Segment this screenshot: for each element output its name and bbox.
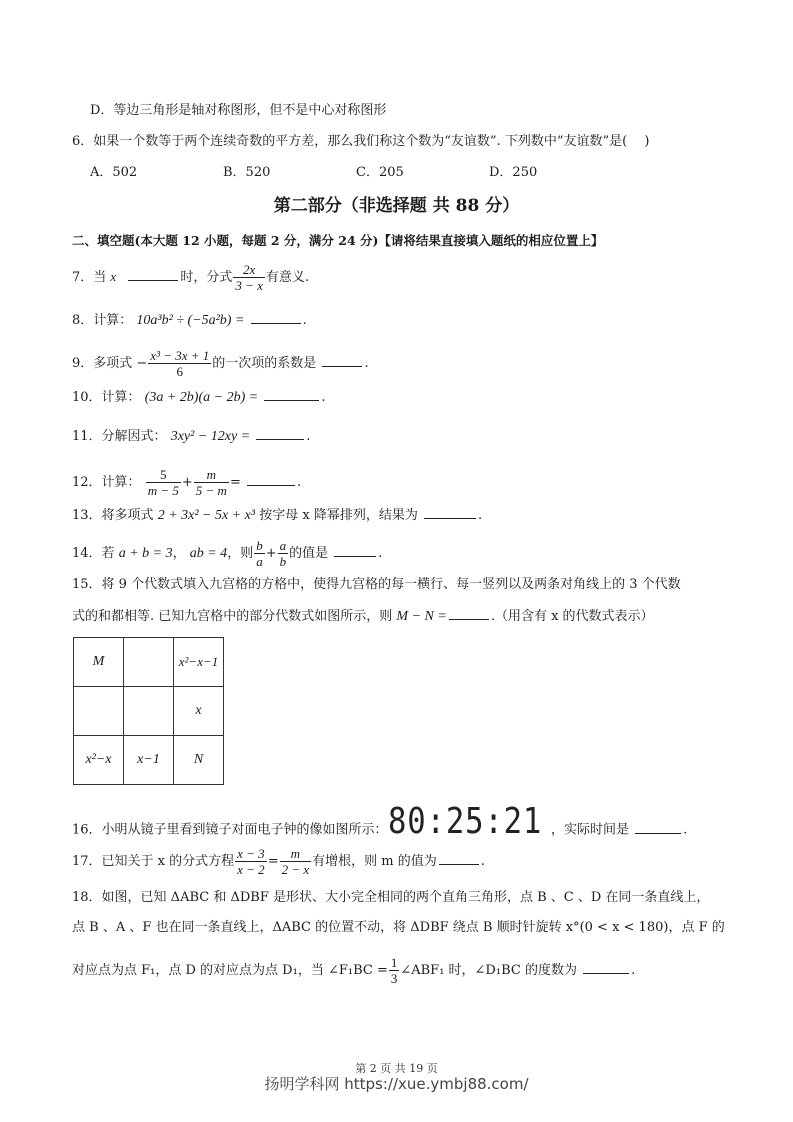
q7-fraction: 2x3 − x <box>233 262 265 293</box>
q6-options: A．502B．520C．205D．250 <box>90 165 622 181</box>
q7-var: x <box>110 269 116 284</box>
q10-suffix: . <box>321 390 325 405</box>
q8-suffix: . <box>303 313 307 328</box>
q11-expression: 3xy² − 12xy = <box>171 429 250 444</box>
q6-option-c: C．205 <box>356 165 489 181</box>
q11-suffix: . <box>306 429 310 444</box>
grid-cell-r2c1 <box>74 687 124 736</box>
q17-suffix: . <box>481 854 485 869</box>
grid-cell-r1c1: M <box>74 638 124 687</box>
q15-expression: M − N = <box>396 609 446 624</box>
q18-answer-blank[interactable] <box>583 961 629 974</box>
q13-expression: 2 + 3x² − 5x + x³ <box>158 508 255 523</box>
question-11: 11．分解因式： 3xy² − 12xy = . <box>72 427 310 445</box>
q5-option-d: D．等边三角形是轴对称图形，但不是中心对称图形 <box>90 103 386 119</box>
q16-prefix: 16．小明从镜子里看到镜子对面电子钟的像如图所示： <box>72 823 388 838</box>
question-15-line-2: 式的和都相等. 已知九宫格中的部分代数式如图所示，则 M − N =.（用含有 … <box>72 607 654 625</box>
grid-cell-r2c2 <box>124 687 174 736</box>
q16-suffix: . <box>683 823 687 838</box>
grid-cell-r3c3: N <box>174 736 224 785</box>
q7-mid: 时，分式 <box>180 270 232 285</box>
q14-fraction-1: ba <box>254 538 265 569</box>
mirrored-digital-clock-image: 80:25:21 <box>388 804 542 840</box>
q9-answer-blank[interactable] <box>322 354 362 367</box>
q6-option-d: D．250 <box>489 165 622 181</box>
q12-fraction-2: m5 − m <box>194 467 229 498</box>
q17-answer-blank[interactable] <box>439 852 479 865</box>
q10-expression: (3a + 2b)(a − 2b) = <box>145 390 259 405</box>
q7-prefix: 7．当 <box>72 270 106 285</box>
q14-condition-2: ab = 4 <box>190 546 227 561</box>
q8-prefix: 8．计算： <box>72 313 132 328</box>
q15-suffix: .（用含有 x 的代数式表示） <box>491 609 654 624</box>
q9-mid: 的一次项的系数是 <box>212 356 316 371</box>
grid-cell-r3c1: x²−x <box>74 736 124 785</box>
question-9: 9．多项式 −x³ − 3x + 16的一次项的系数是 . <box>72 348 369 379</box>
grid-cell-r1c2 <box>124 638 174 687</box>
q14-answer-blank[interactable] <box>334 544 376 557</box>
q9-fraction: x³ − 3x + 16 <box>148 348 211 379</box>
question-12: 12．计算： 5m − 5+m5 − m= . <box>72 467 301 498</box>
q10-answer-blank[interactable] <box>264 388 319 401</box>
grid-cell-r1c3: x²−x−1 <box>174 638 224 687</box>
q7-answer-blank[interactable] <box>128 268 178 281</box>
q17-mid: 有增根，则 m 的值为 <box>312 854 437 869</box>
question-13: 13．将多项式 2 + 3x² − 5x + x³ 按字母 x 降幂排列，结果为… <box>72 506 482 524</box>
question-18-line-1: 18．如图，已知 ΔABC 和 ΔDBF 是形状、大小完全相同的两个直角三角形，… <box>72 890 709 906</box>
magic-square-grid: M x²−x−1 x x²−x x−1 N <box>73 637 224 785</box>
q14-mid: ，则 <box>227 546 253 561</box>
question-10: 10．计算： (3a + 2b)(a − 2b) = . <box>72 388 325 406</box>
q13-prefix: 13．将多项式 <box>72 508 154 523</box>
question-15-line-1: 15．将 9 个代数式填入九宫格的方格中，使得九宫格的每一横行、每一竖列以及两条… <box>72 577 681 593</box>
q17-fraction-1: x − 3x − 2 <box>235 846 267 877</box>
question-18-line-2: 点 B 、A 、F 也在同一条直线上，ΔABC 的位置不动，将 ΔDBF 绕点 … <box>72 920 725 936</box>
q12-suffix: . <box>297 475 301 490</box>
q12-prefix: 12．计算： <box>72 475 141 490</box>
q13-suffix: . <box>478 508 482 523</box>
q12-answer-blank[interactable] <box>247 473 295 486</box>
watermark-link[interactable]: 扬明学科网 https://xue.ymbj88.com/ <box>0 1073 793 1094</box>
q16-answer-blank[interactable] <box>635 821 681 834</box>
grid-cell-r3c2: x−1 <box>124 736 174 785</box>
q8-expression: 10a³b² ÷ (−5a²b) = <box>136 313 244 328</box>
q14-suffix: . <box>378 546 382 561</box>
q14-condition-1: a + b = 3 <box>119 546 173 561</box>
q9-prefix: 9．多项式 − <box>72 356 147 371</box>
q14-fraction-2: ab <box>278 538 289 569</box>
q6-option-b: B．520 <box>223 165 356 181</box>
question-17: 17．已知关于 x 的分式方程x − 3x − 2=m2 − x有增根，则 m … <box>72 846 485 877</box>
grid-cell-r2c3: x <box>174 687 224 736</box>
q15-text: 式的和都相等. 已知九宫格中的部分代数式如图所示，则 <box>72 609 392 624</box>
q16-mid: ，实际时间是 <box>551 823 629 838</box>
q10-prefix: 10．计算： <box>72 390 141 405</box>
q6-option-a: A．502 <box>90 165 223 181</box>
q11-answer-blank[interactable] <box>256 427 304 440</box>
q9-suffix: . <box>364 356 368 371</box>
question-14: 14．若 a + b = 3， ab = 4，则ba+ab的值是 . <box>72 538 382 569</box>
q12-fraction-1: 5m − 5 <box>146 467 181 498</box>
question-18-line-3: 对应点为点 F₁，点 D 的对应点为点 D₁，当 ∠F₁BC =13∠ABF₁ … <box>72 955 635 986</box>
q14-tail: 的值是 <box>289 546 328 561</box>
q13-mid: 按字母 x 降幂排列，结果为 <box>259 508 418 523</box>
q18-suffix: . <box>631 963 635 978</box>
q7-suffix: 有意义. <box>266 270 309 285</box>
q11-prefix: 11．分解因式： <box>72 429 167 444</box>
q15-answer-blank[interactable] <box>449 607 489 620</box>
q18-fraction: 13 <box>389 955 400 986</box>
q8-answer-blank[interactable] <box>251 311 301 324</box>
question-6: 6．如果一个数等于两个连续奇数的平方差，那么我们称这个数为“友谊数”. 下列数中… <box>72 134 649 150</box>
question-16: 16．小明从镜子里看到镜子对面电子钟的像如图所示：80:25:21，实际时间是 … <box>72 812 687 848</box>
q14-prefix: 14．若 <box>72 546 115 561</box>
question-7: 7．当 x 时，分式2x3 − x有意义. <box>72 262 309 293</box>
question-8: 8．计算： 10a³b² ÷ (−5a²b) = . <box>72 311 307 329</box>
part-two-title: 第二部分（非选择题 共 88 分） <box>0 191 793 216</box>
section-header-fill-in: 二、填空题(本大题 12 小题，每题 2 分，满分 24 分)【请将结果直接填入… <box>72 233 603 249</box>
q17-fraction-2: m2 − x <box>280 846 312 877</box>
q18-text-a: 对应点为点 F₁，点 D 的对应点为点 D₁，当 ∠F₁BC = <box>72 963 388 978</box>
q17-prefix: 17．已知关于 x 的分式方程 <box>72 854 234 869</box>
q13-answer-blank[interactable] <box>424 506 476 519</box>
q18-text-b: ∠ABF₁ 时，∠D₁BC 的度数为 <box>400 963 577 978</box>
